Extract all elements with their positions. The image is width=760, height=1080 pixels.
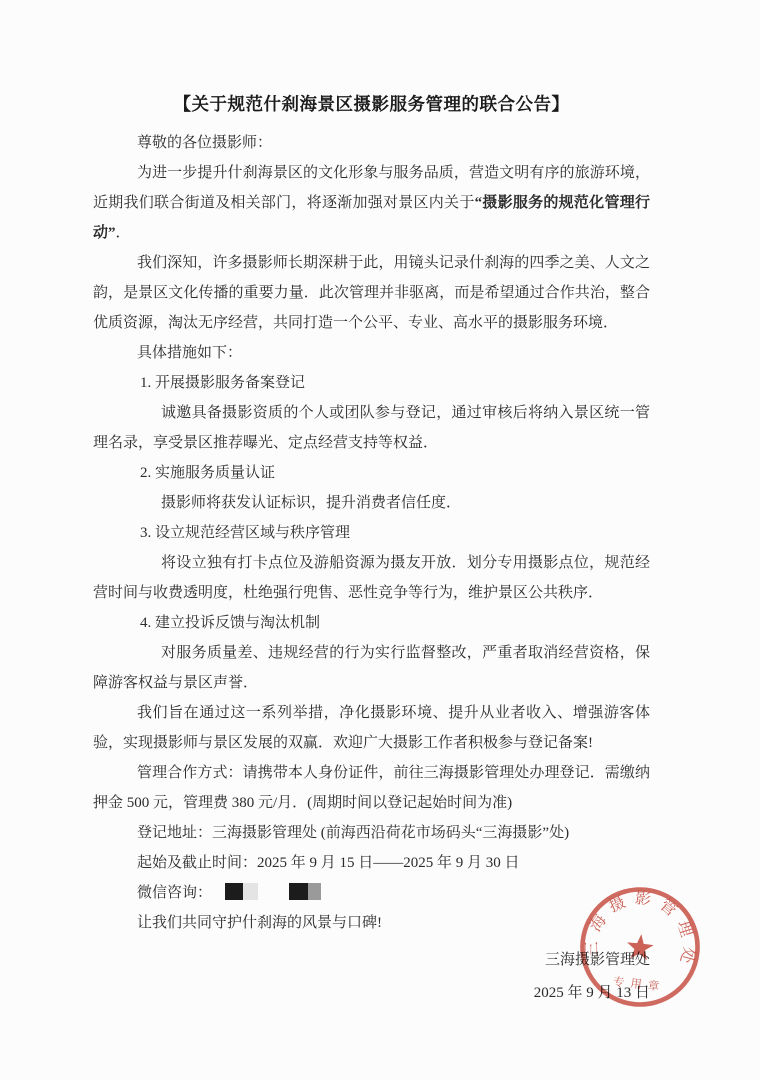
measure-4-heading: 4. 建立投诉反馈与淘汰机制 bbox=[93, 608, 650, 638]
notice-body: 【关于规范什刹海景区摄影服务管理的联合公告】 尊敬的各位摄影师： 为进一步提升什… bbox=[93, 90, 650, 1008]
stamp-star-icon bbox=[625, 933, 654, 961]
closing-paragraph: 我们旨在通过这一系列举措，净化摄影环境、提升从业者收入、增强游客体验，实现摄影师… bbox=[93, 698, 650, 758]
stamp-bottom-text: 专用章 bbox=[612, 974, 666, 993]
address-line: 登记地址：三海摄影管理处 (前海西沿荷花市场码头“三海摄影”处) bbox=[93, 818, 650, 848]
stamp-arc-text-holder: 三海摄影管理处 bbox=[580, 884, 703, 974]
salutation: 尊敬的各位摄影师： bbox=[93, 128, 650, 158]
measure-3-heading: 3. 设立规范经营区域与秩序管理 bbox=[93, 518, 650, 548]
paragraph-intro-period: ． bbox=[116, 225, 131, 241]
measure-2-body: 摄影师将获发认证标识，提升消费者信任度． bbox=[93, 488, 650, 518]
redaction-block bbox=[308, 883, 321, 900]
slogan-line: 让我们共同守护什刹海的风景与口碑! bbox=[93, 908, 650, 938]
redaction-gap bbox=[258, 883, 289, 900]
wechat-line: 微信咨询： bbox=[93, 878, 650, 908]
period-line: 起始及截止时间：2025 年 9 月 15 日——2025 年 9 月 30 日 bbox=[93, 848, 650, 878]
redaction-block bbox=[225, 883, 243, 900]
measure-1-heading: 1. 开展摄影服务备案登记 bbox=[93, 368, 650, 398]
measures-intro: 具体措施如下： bbox=[93, 338, 650, 368]
signature-org: 三海摄影管理处 bbox=[93, 945, 650, 975]
measure-1-body: 诚邀具备摄影资质的个人或团队参与登记，通过审核后将纳入景区统一管理名录，享受景区… bbox=[93, 398, 650, 458]
measure-4-body: 对服务质量差、违规经营的行为实行监督整改，严重者取消经营资格，保障游客权益与景区… bbox=[93, 638, 650, 698]
wechat-label: 微信咨询： bbox=[137, 885, 212, 901]
signature-date: 2025 年 9 月 13 日 bbox=[93, 978, 650, 1008]
paragraph-context: 我们深知，许多摄影师长期深耕于此，用镜头记录什刹海的四季之美、人文之韵，是景区文… bbox=[93, 248, 650, 338]
paragraph-intro: 为进一步提升什刹海景区的文化形象与服务品质，营造文明有序的旅游环境，近期我们联合… bbox=[93, 158, 650, 248]
notice-page: 【关于规范什刹海景区摄影服务管理的联合公告】 尊敬的各位摄影师： 为进一步提升什… bbox=[0, 0, 760, 1080]
measure-3-body: 将设立独有打卡点位及游船资源为摄友开放．划分专用摄影点位，规范经营时间与收费透明… bbox=[93, 548, 650, 608]
redaction-block bbox=[289, 883, 308, 900]
cooperation-paragraph: 管理合作方式：请携带本人身份证件，前往三海摄影管理处办理登记．需缴纳押金 500… bbox=[93, 758, 650, 818]
redaction-block bbox=[243, 883, 258, 900]
page-title: 【关于规范什刹海景区摄影服务管理的联合公告】 bbox=[93, 90, 650, 118]
measure-2-heading: 2. 实施服务质量认证 bbox=[93, 458, 650, 488]
official-seal-stamp: 三海摄影管理处 专用章 bbox=[571, 878, 709, 1016]
stamp-arc-text: 三海摄影管理处 bbox=[580, 884, 703, 974]
